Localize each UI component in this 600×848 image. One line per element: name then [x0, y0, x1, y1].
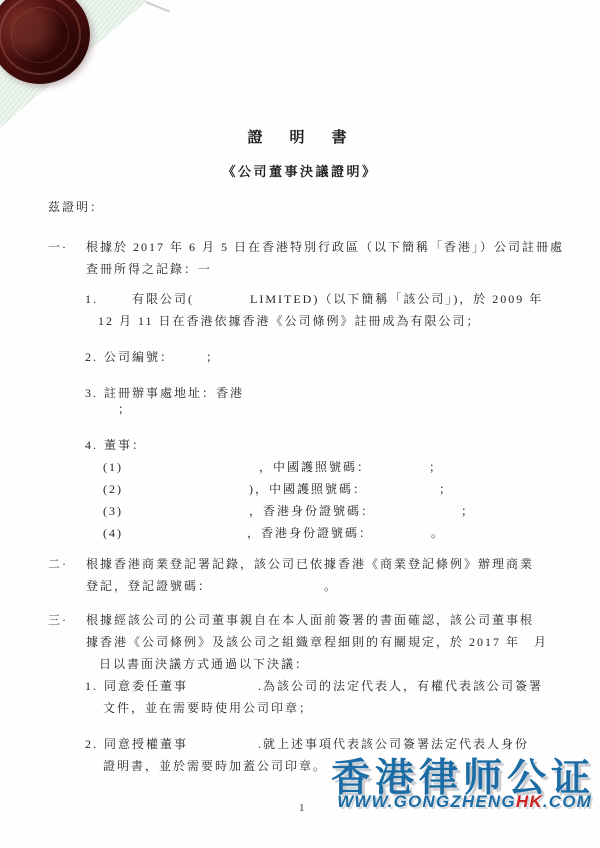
redacted-company-name-zh	[98, 302, 132, 303]
director-row-3: (3)，香港身份證號碼：；	[103, 500, 475, 522]
separator: ，	[259, 460, 273, 474]
registry-item-4: 4.董事：	[85, 434, 146, 456]
resolution-1-line2: 文件，並在需要時使用公司印章；	[103, 697, 313, 719]
section-one-marker: 一·	[48, 236, 68, 258]
watermark-url-post: .COM	[543, 792, 592, 811]
section-three-line2: 據香港《公司條例》及該公司之組織章程細則的有關規定，於 2017 年 月	[86, 631, 548, 653]
section-one-line1: 根據於 2017 年 6 月 5 日在香港特別行政區（以下簡稱「香港」）公司註冊…	[86, 236, 564, 258]
registry-item-3-line1: 3.註冊辦事處地址：香港	[85, 382, 244, 404]
registry-item-1-line2: 12 月 11 日在香港依據香港《公司條例》註冊成為有限公司；	[98, 310, 481, 332]
redacted-company-name-en	[194, 302, 250, 303]
corner-fold-line	[145, 1, 170, 13]
page-number: 1	[299, 802, 305, 814]
director-4-number: (4)	[103, 526, 123, 540]
resolution-1-number: 1.	[85, 679, 98, 693]
item-2-number: 2.	[85, 350, 98, 364]
redacted-director-4-id	[373, 536, 431, 537]
resolution-2-number: 2.	[85, 737, 98, 751]
watermark-url-pre: WWW.GONGZHENG	[337, 792, 516, 811]
redacted-director-3-id	[375, 514, 461, 515]
item-4-number: 4.	[85, 438, 98, 452]
certificate-page: 證 明 書 《公司董事決議證明》 茲證明： 一· 根據於 2017 年 6 月 …	[0, 0, 600, 848]
item-2-end: ；	[206, 350, 220, 364]
punctuation: ；	[461, 504, 475, 518]
section-two-line2: 登記，登記證號碼：。	[86, 575, 338, 597]
section-two-line1: 根據香港商業登記署記錄，該公司已依據香港《商業登記條例》辦理商業	[86, 553, 534, 575]
intro-line: 茲證明：	[48, 196, 104, 218]
document-title: 證 明 書	[0, 126, 600, 147]
punctuation: ；	[439, 482, 453, 496]
item-1-number: 1.	[85, 292, 98, 306]
resolution-1-post: .為該公司的法定代表人，有權代表該公司簽署	[258, 679, 543, 693]
director-row-2: (2))，中國護照號碼：；	[103, 478, 453, 500]
punctuation: 。	[324, 579, 338, 593]
section-three-marker: 三·	[48, 609, 68, 631]
resolution-1-pre: 同意委任董事	[104, 679, 188, 693]
watermark-url-hk: HK	[516, 792, 543, 811]
section-three-line3: 日以書面決議方式通過以下決議：	[99, 653, 309, 675]
redacted-director-2-id	[367, 492, 439, 493]
item-3-number: 3.	[85, 386, 98, 400]
resolution-2-line2: 證明書，並於需要時加蓋公司印章。	[103, 755, 327, 777]
director-row-1: (1)，中國護照號碼：；	[103, 456, 443, 478]
director-4-id-label: 香港身份證號碼：	[261, 526, 373, 540]
registry-item-3-line2: ；	[118, 398, 132, 420]
director-1-id-label: 中國護照號碼：	[273, 460, 371, 474]
company-number-label: 公司編號：	[104, 350, 174, 364]
section-two-marker: 二·	[48, 553, 68, 575]
director-row-4: (4)，香港身份證號碼：。	[103, 522, 445, 544]
director-2-number: (2)	[103, 482, 123, 496]
resolution-1-line1: 1.同意委任董事.為該公司的法定代表人，有權代表該公司簽署	[85, 675, 543, 697]
redacted-appointee-name	[188, 689, 258, 690]
director-1-number: (1)	[103, 460, 123, 474]
redacted-director-2-name	[123, 492, 249, 493]
registry-item-2: 2.公司編號：；	[85, 346, 220, 368]
redacted-director-1-id	[371, 470, 429, 471]
company-suffix-en: LIMITED)（以下簡稱「該公司」)，於 2009 年	[250, 292, 543, 306]
br-number-label: 登記，登記證號碼：	[86, 579, 212, 593]
resolution-2-pre: 同意授權董事	[104, 737, 188, 751]
section-three-line1: 根據經該公司的公司董事親自在本人面前簽署的書面確認，該公司董事根	[86, 609, 534, 631]
redacted-director-3-name	[123, 514, 249, 515]
director-3-id-label: 香港身份證號碼：	[263, 504, 375, 518]
registry-item-1-line1: 1.有限公司(LIMITED)（以下簡稱「該公司」)，於 2009 年	[85, 288, 543, 310]
notary-wax-seal-icon	[0, 0, 98, 92]
section-one-line2: 查冊所得之記錄：一	[86, 258, 212, 280]
directors-label: 董事：	[104, 438, 146, 452]
director-2-id-label: 中國護照號碼：	[269, 482, 367, 496]
watermark-url: WWW.GONGZHENGHK.COM	[337, 792, 592, 812]
redacted-br-number	[212, 589, 324, 590]
director-3-number: (3)	[103, 504, 123, 518]
separator: )，	[249, 482, 269, 496]
redacted-company-number	[174, 360, 206, 361]
document-subtitle: 《公司董事決議證明》	[0, 161, 600, 180]
separator: ，	[247, 526, 261, 540]
company-suffix-zh: 有限公司(	[132, 292, 194, 306]
punctuation: 。	[431, 526, 445, 540]
separator: ，	[249, 504, 263, 518]
redacted-director-1-name	[123, 470, 259, 471]
redacted-authorizee-name	[188, 747, 258, 748]
redacted-director-4-name	[123, 536, 247, 537]
punctuation: ；	[429, 460, 443, 474]
